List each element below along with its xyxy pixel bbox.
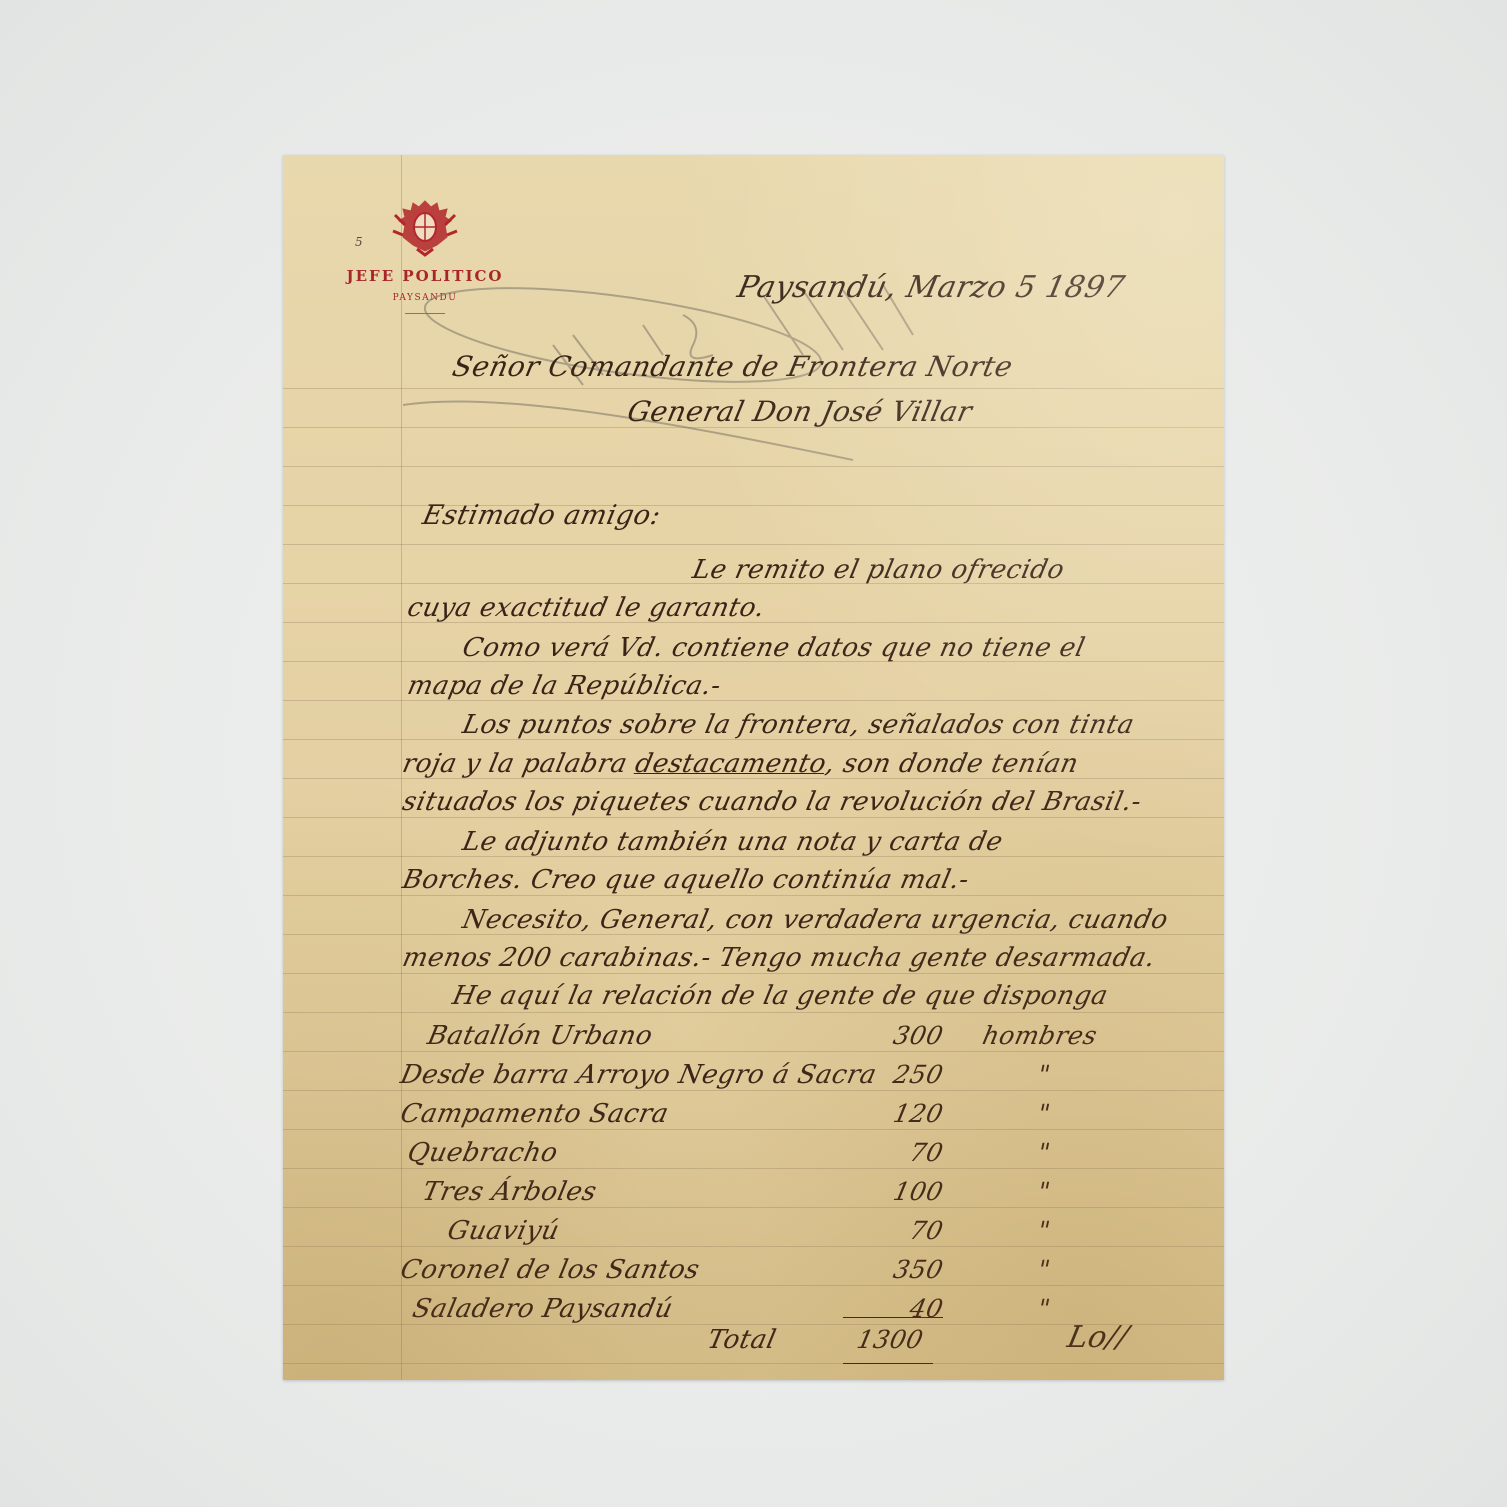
body-line: mapa de la República.- (405, 671, 724, 701)
table-row-place: Tres Árboles (420, 1177, 600, 1207)
body-line-with-underline: roja y la palabra destacamento, son dond… (400, 749, 1081, 779)
signature: Lo// (1064, 1320, 1132, 1355)
table-row-count: 120 (870, 1099, 946, 1128)
letterhead-subtitle: PAYSANDU (335, 293, 515, 303)
letter-date: Paysandú, Marzo 5 1897 (734, 270, 1128, 305)
underlined-word: destacamento (633, 749, 830, 779)
letterhead-title: JEFE POLITICO (335, 267, 515, 285)
table-row-place: Quebracho (405, 1138, 561, 1168)
table-row-place: Saladero Paysandú (410, 1294, 676, 1324)
body-line: Borches. Creo que aquello continúa mal.- (400, 865, 972, 895)
table-row-place: Coronel de los Santos (398, 1255, 703, 1285)
body-line: Le adjunto también una nota y carta de (460, 827, 1006, 857)
table-row-count: 40 (870, 1294, 946, 1323)
table-row-count: 100 (870, 1177, 946, 1206)
body-line: cuya exactitud le garanto. (405, 593, 768, 623)
table-row-count: 70 (870, 1216, 946, 1245)
table-row-place: Guaviyú (445, 1216, 562, 1246)
body-line: situados los piquetes cuando la revoluci… (400, 787, 1145, 817)
addressee-line-1: Señor Comandante de Frontera Norte (449, 350, 1015, 383)
table-row-place: Batallón Urbano (425, 1021, 656, 1051)
total-label: Total (705, 1325, 779, 1355)
body-line: He aquí la relación de la gente de que d… (450, 981, 1111, 1011)
body-line: Le remito el plano ofrecido (690, 555, 1067, 585)
table-row-count: 300 (870, 1021, 946, 1050)
letterhead-divider (405, 313, 445, 314)
body-line: Los puntos sobre la frontera, señalados … (460, 710, 1137, 740)
table-row-count: 350 (870, 1255, 946, 1284)
table-row-place: Desde barra Arroyo Negro á Sacra (398, 1060, 880, 1090)
body-line: Necesito, General, con verdadera urgenci… (460, 905, 1171, 935)
total-value: 1300 (850, 1325, 926, 1354)
total-rule-top (843, 1317, 943, 1318)
body-line: menos 200 carabinas.- Tengo mucha gente … (400, 943, 1158, 973)
addressee-line-2: General Don José Villar (624, 395, 975, 428)
body-text: roja y la palabra (400, 749, 639, 779)
salutation: Estimado amigo: (420, 500, 664, 531)
table-row-count: 250 (870, 1060, 946, 1089)
body-text: , son donde tenían (823, 749, 1081, 779)
letterhead: JEFE POLITICO PAYSANDU (335, 195, 515, 314)
body-line: Como verá Vd. contiene datos que no tien… (460, 633, 1088, 663)
coat-of-arms-icon (389, 195, 461, 257)
table-row-unit: hombres (980, 1021, 1100, 1050)
total-rule-bottom (843, 1363, 933, 1364)
table-row-count: 70 (870, 1138, 946, 1167)
table-row-place: Campamento Sacra (398, 1099, 672, 1129)
letter-sheet: 5 JEFE POLITICO PAYSANDU Paysandú, Marzo… (283, 155, 1224, 1380)
